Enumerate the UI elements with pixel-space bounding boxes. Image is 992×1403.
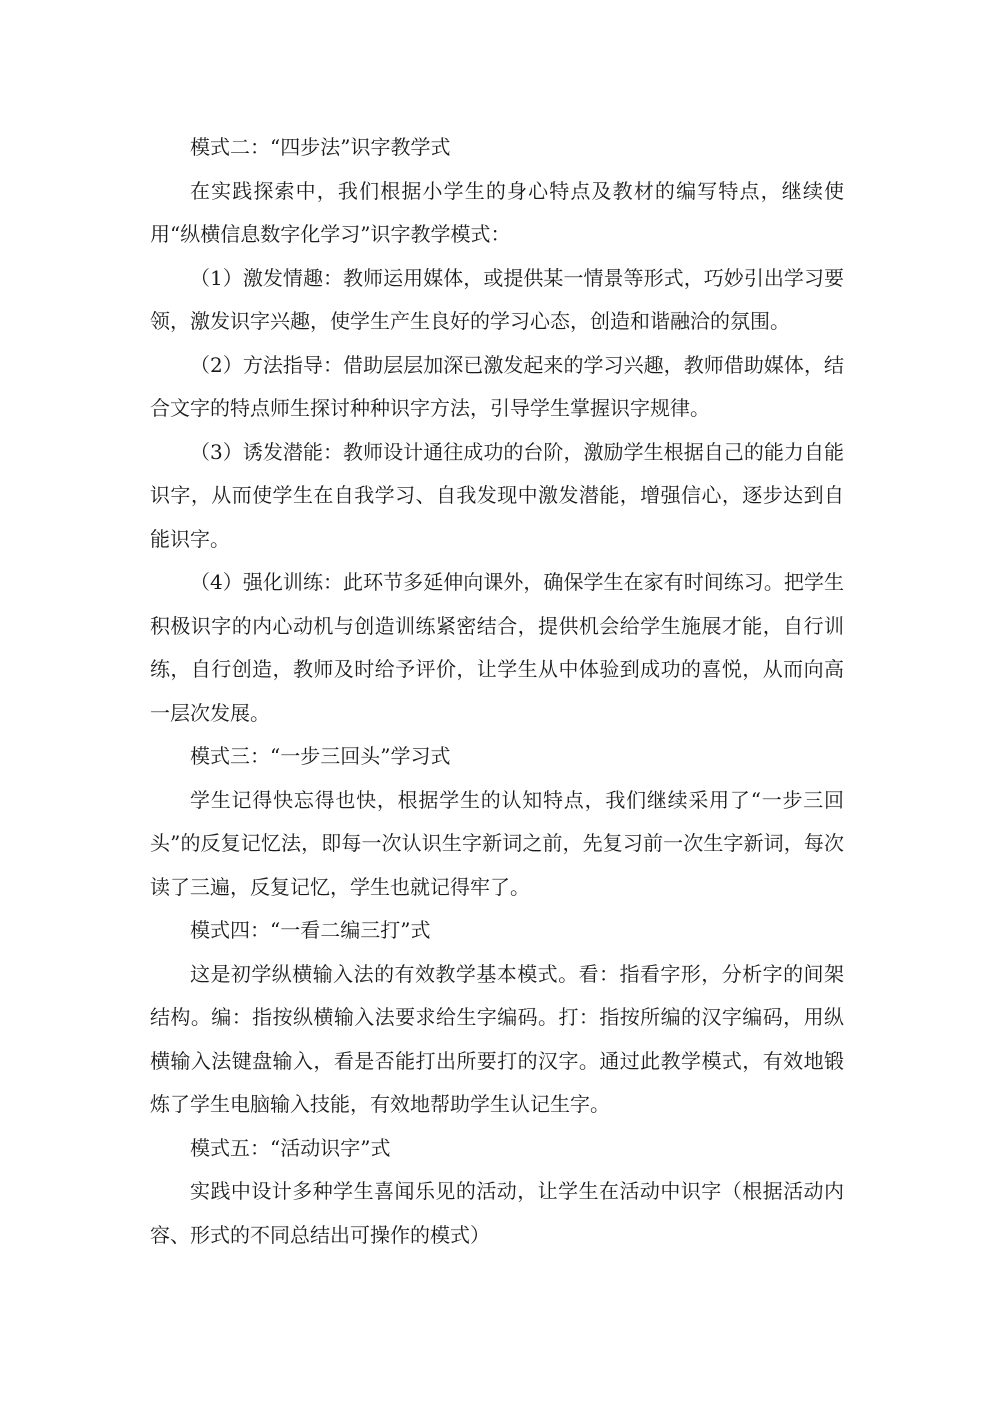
paragraph-step-1: （1）激发情趣：教师运用媒体，或提供某一情景等形式，巧妙引出学习要领，激发识字兴… <box>150 257 844 344</box>
paragraph-step-4: （4）强化训练：此环节多延伸向课外，确保学生在家有时间练习。把学生积极识字的内心… <box>150 561 844 735</box>
section-heading-mode-5: 模式五：“活动识字”式 <box>150 1127 844 1171</box>
paragraph-step-3: （3）诱发潜能：教师设计通往成功的台阶，激励学生根据自己的能力自能识字，从而使学… <box>150 431 844 562</box>
section-heading-mode-3: 模式三：“一步三回头”学习式 <box>150 735 844 779</box>
paragraph-intro: 在实践探索中，我们根据小学生的身心特点及教材的编写特点，继续使用“纵横信息数字化… <box>150 170 844 257</box>
document-page: 模式二：“四步法”识字教学式 在实践探索中，我们根据小学生的身心特点及教材的编写… <box>150 126 844 1257</box>
section-heading-mode-2: 模式二：“四步法”识字教学式 <box>150 126 844 170</box>
paragraph-mode-3: 学生记得快忘得也快，根据学生的认知特点，我们继续采用了“一步三回头”的反复记忆法… <box>150 779 844 910</box>
paragraph-mode-4: 这是初学纵横输入法的有效教学基本模式。看：指看字形，分析字的间架结构。编：指按纵… <box>150 953 844 1127</box>
paragraph-mode-5: 实践中设计多种学生喜闻乐见的活动，让学生在活动中识字（根据活动内容、形式的不同总… <box>150 1170 844 1257</box>
paragraph-step-2: （2）方法指导：借助层层加深已激发起来的学习兴趣，教师借助媒体，结合文字的特点师… <box>150 344 844 431</box>
section-heading-mode-4: 模式四：“一看二编三打”式 <box>150 909 844 953</box>
